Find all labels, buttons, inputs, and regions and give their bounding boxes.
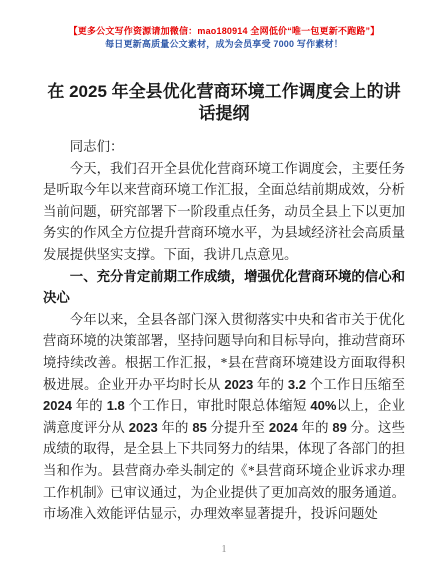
numeric-value: 85	[192, 420, 206, 435]
paragraph: 今天，我们召开全县优化营商环境工作调度会，主要任务是听取今年以来营商环境工作汇报…	[43, 158, 405, 266]
header-ad-line-2: 每日更新高质量公文素材，成为会员享受 7000 写作素材！	[0, 38, 448, 51]
paragraph: 今年以来，全县各部门深入贯彻落实中央和省市关于优化营商环境的决策部署，坚持问题导…	[43, 309, 405, 525]
numeric-value: 3.2	[288, 377, 306, 392]
paragraph: 同志们：	[43, 136, 405, 158]
numeric-value: 1.8	[107, 398, 125, 413]
numeric-value: 2024	[43, 398, 72, 413]
section-heading: 一、充分肯定前期工作成绩，增强优化营商环境的信心和决心	[43, 266, 405, 309]
numeric-value: 2023	[129, 420, 158, 435]
numeric-value: 2023	[224, 377, 253, 392]
document-body: 同志们：今天，我们召开全县优化营商环境工作调度会，主要任务是听取今年以来营商环境…	[43, 136, 405, 525]
header-ad-line-1: 【更多公文写作资源请加微信：mao180914 全网低价“唯一包更新不跑路”】	[0, 25, 448, 38]
numeric-value: 40%	[310, 398, 336, 413]
numeric-value: 89	[332, 420, 346, 435]
document-page: 【更多公文写作资源请加微信：mao180914 全网低价“唯一包更新不跑路”】 …	[0, 0, 448, 580]
header-ad-banner: 【更多公文写作资源请加微信：mao180914 全网低价“唯一包更新不跑路”】 …	[0, 0, 448, 51]
page-number: 1	[0, 544, 448, 555]
page-title: 在 2025 年全县优化营商环境工作调度会上的讲话提纲	[42, 81, 406, 125]
numeric-value: 2024	[269, 420, 298, 435]
